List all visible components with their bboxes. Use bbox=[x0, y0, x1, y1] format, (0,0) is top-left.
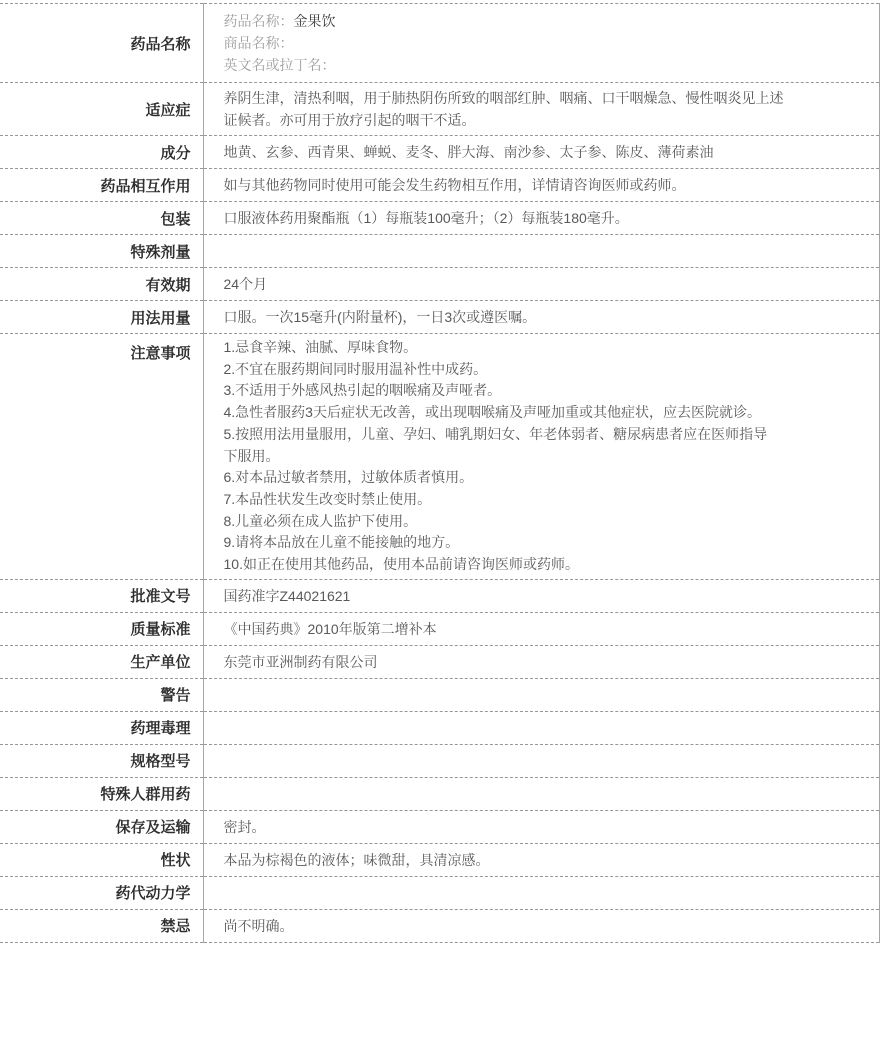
table-row-contraindications: 禁忌 尚不明确。 bbox=[0, 909, 880, 942]
indications-line: 证候者。亦可用于放疗引起的咽干不适。 bbox=[224, 109, 868, 131]
row-label-description: 性状 bbox=[0, 843, 203, 876]
indications-line: 养阴生津，清热利咽，用于肺热阴伤所致的咽部红肿、咽痛、口干咽燥急、慢性咽炎见上述 bbox=[224, 87, 868, 109]
row-value-shelf-life: 24个月 bbox=[203, 268, 880, 301]
precaution-line: 1.忌食辛辣、油腻、厚味食物。 bbox=[224, 337, 868, 359]
table-row-precautions: 注意事项 1.忌食辛辣、油腻、厚味食物。 2.不宜在服药期间同时服用温补性中成药… bbox=[0, 334, 880, 580]
table-row-special-dosage: 特殊剂量 bbox=[0, 235, 880, 268]
trade-name-field-label: 商品名称： bbox=[224, 35, 294, 51]
row-label-ingredients: 成分 bbox=[0, 136, 203, 169]
row-value-precautions: 1.忌食辛辣、油腻、厚味食物。 2.不宜在服药期间同时服用温补性中成药。 3.不… bbox=[203, 334, 880, 580]
precaution-line: 7.本品性状发生改变时禁止使用。 bbox=[224, 489, 868, 511]
trade-name-line: 商品名称： bbox=[224, 32, 868, 54]
drug-name-line: 药品名称：金果饮 bbox=[224, 10, 868, 32]
row-value-drug-name: 药品名称：金果饮 商品名称： 英文名或拉丁名： bbox=[203, 4, 880, 83]
row-value-specification-model bbox=[203, 744, 880, 777]
row-label-special-populations: 特殊人群用药 bbox=[0, 777, 203, 810]
drug-info-table: 药品名称 药品名称：金果饮 商品名称： 英文名或拉丁名： 适应症 养阴生津，清热… bbox=[0, 3, 880, 943]
row-label-warning: 警告 bbox=[0, 678, 203, 711]
row-value-quality-standard: 《中国药典》2010年版第二增补本 bbox=[203, 612, 880, 645]
row-value-manufacturer: 东莞市亚洲制药有限公司 bbox=[203, 645, 880, 678]
table-row-drug-name: 药品名称 药品名称：金果饮 商品名称： 英文名或拉丁名： bbox=[0, 4, 880, 83]
row-label-approval-number: 批准文号 bbox=[0, 579, 203, 612]
row-value-drug-interactions: 如与其他药物同时使用可能会发生药物相互作用，详情请咨询医师或药师。 bbox=[203, 169, 880, 202]
table-row-specification-model: 规格型号 bbox=[0, 744, 880, 777]
row-value-pharmacology-toxicology bbox=[203, 711, 880, 744]
row-label-storage-transport: 保存及运输 bbox=[0, 810, 203, 843]
row-value-special-dosage bbox=[203, 235, 880, 268]
table-row-manufacturer: 生产单位 东莞市亚洲制药有限公司 bbox=[0, 645, 880, 678]
row-value-contraindications: 尚不明确。 bbox=[203, 909, 880, 942]
row-label-packaging: 包装 bbox=[0, 202, 203, 235]
precaution-line: 2.不宜在服药期间同时服用温补性中成药。 bbox=[224, 359, 868, 381]
row-label-pharmacokinetics: 药代动力学 bbox=[0, 876, 203, 909]
row-value-indications: 养阴生津，清热利咽，用于肺热阴伤所致的咽部红肿、咽痛、口干咽燥急、慢性咽炎见上述… bbox=[203, 83, 880, 136]
precaution-line: 8.儿童必须在成人监护下使用。 bbox=[224, 511, 868, 533]
table-row-drug-interactions: 药品相互作用 如与其他药物同时使用可能会发生药物相互作用，详情请咨询医师或药师。 bbox=[0, 169, 880, 202]
table-row-special-populations: 特殊人群用药 bbox=[0, 777, 880, 810]
row-label-special-dosage: 特殊剂量 bbox=[0, 235, 203, 268]
table-row-packaging: 包装 口服液体药用聚酯瓶（1）每瓶装100毫升；（2）每瓶装180毫升。 bbox=[0, 202, 880, 235]
row-label-contraindications: 禁忌 bbox=[0, 909, 203, 942]
row-label-drug-interactions: 药品相互作用 bbox=[0, 169, 203, 202]
table-row-warning: 警告 bbox=[0, 678, 880, 711]
row-label-manufacturer: 生产单位 bbox=[0, 645, 203, 678]
drug-name-value: 金果饮 bbox=[294, 13, 336, 29]
precaution-line: 5.按照用法用量服用，儿童、孕妇、哺乳期妇女、年老体弱者、糖尿病患者应在医师指导 bbox=[224, 424, 868, 446]
row-value-approval-number: 国药准字Z44021621 bbox=[203, 579, 880, 612]
precaution-line: 10.如正在使用其他药品，使用本品前请咨询医师或药师。 bbox=[224, 554, 868, 576]
row-label-indications: 适应症 bbox=[0, 83, 203, 136]
table-row-pharmacokinetics: 药代动力学 bbox=[0, 876, 880, 909]
row-label-dosage-usage: 用法用量 bbox=[0, 301, 203, 334]
row-value-packaging: 口服液体药用聚酯瓶（1）每瓶装100毫升；（2）每瓶装180毫升。 bbox=[203, 202, 880, 235]
row-value-pharmacokinetics bbox=[203, 876, 880, 909]
row-label-drug-name: 药品名称 bbox=[0, 4, 203, 83]
table-row-storage-transport: 保存及运输 密封。 bbox=[0, 810, 880, 843]
table-row-quality-standard: 质量标准 《中国药典》2010年版第二增补本 bbox=[0, 612, 880, 645]
row-label-quality-standard: 质量标准 bbox=[0, 612, 203, 645]
precaution-line: 下服用。 bbox=[224, 446, 868, 468]
table-row-shelf-life: 有效期 24个月 bbox=[0, 268, 880, 301]
table-row-dosage-usage: 用法用量 口服。一次15毫升(内附量杯)，一日3次或遵医嘱。 bbox=[0, 301, 880, 334]
table-row-description: 性状 本品为棕褐色的液体；味微甜，具清凉感。 bbox=[0, 843, 880, 876]
row-label-shelf-life: 有效期 bbox=[0, 268, 203, 301]
row-value-warning bbox=[203, 678, 880, 711]
row-value-storage-transport: 密封。 bbox=[203, 810, 880, 843]
row-value-special-populations bbox=[203, 777, 880, 810]
drug-name-field-label: 药品名称： bbox=[224, 13, 294, 29]
row-label-specification-model: 规格型号 bbox=[0, 744, 203, 777]
row-label-pharmacology-toxicology: 药理毒理 bbox=[0, 711, 203, 744]
precaution-line: 9.请将本品放在儿童不能接触的地方。 bbox=[224, 532, 868, 554]
table-row-approval-number: 批准文号 国药准字Z44021621 bbox=[0, 579, 880, 612]
row-value-description: 本品为棕褐色的液体；味微甜，具清凉感。 bbox=[203, 843, 880, 876]
table-row-indications: 适应症 养阴生津，清热利咽，用于肺热阴伤所致的咽部红肿、咽痛、口干咽燥急、慢性咽… bbox=[0, 83, 880, 136]
precaution-line: 6.对本品过敏者禁用，过敏体质者慎用。 bbox=[224, 467, 868, 489]
table-row-pharmacology-toxicology: 药理毒理 bbox=[0, 711, 880, 744]
precaution-line: 4.急性者服药3天后症状无改善，或出现咽喉痛及声哑加重或其他症状，应去医院就诊。 bbox=[224, 402, 868, 424]
row-label-precautions: 注意事项 bbox=[0, 334, 203, 580]
table-row-ingredients: 成分 地黄、玄参、西青果、蝉蜕、麦冬、胖大海、南沙参、太子参、陈皮、薄荷素油 bbox=[0, 136, 880, 169]
precaution-line: 3.不适用于外感风热引起的咽喉痛及声哑者。 bbox=[224, 380, 868, 402]
row-value-ingredients: 地黄、玄参、西青果、蝉蜕、麦冬、胖大海、南沙参、太子参、陈皮、薄荷素油 bbox=[203, 136, 880, 169]
row-value-dosage-usage: 口服。一次15毫升(内附量杯)，一日3次或遵医嘱。 bbox=[203, 301, 880, 334]
latin-name-field-label: 英文名或拉丁名： bbox=[224, 57, 336, 73]
latin-name-line: 英文名或拉丁名： bbox=[224, 54, 868, 76]
